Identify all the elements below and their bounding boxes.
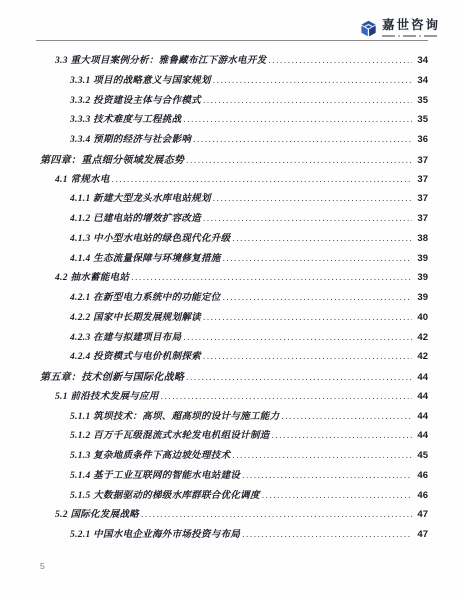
toc-entry-label: 5.2.1 中国水电企业海外市场投资与布局 (70, 526, 240, 540)
toc-entry-page-number: 37 (414, 193, 428, 204)
toc-entry-label: 5.1.3 复杂地质条件下高边坡处理技术 (70, 447, 230, 461)
dot-leader (232, 233, 412, 244)
toc-entry[interactable]: 4.1 常规水电 37 (40, 171, 428, 191)
toc-entry[interactable]: 3.3 重大项目案例分析：雅鲁藏布江下游水电开发 34 (40, 52, 428, 72)
toc-entry-label: 4.2.1 在新型电力系统中的功能定位 (70, 289, 221, 303)
toc-entry-page-number: 46 (414, 470, 428, 481)
toc-entry-label: 第五章：技术创新与国际化战略 (40, 368, 184, 383)
toc-entry[interactable]: 4.2 抽水蓄能电站 39 (40, 269, 428, 289)
toc-entry-page-number: 44 (414, 372, 428, 383)
toc-entry[interactable]: 4.2.4 投资模式与电价机制探索 42 (40, 348, 428, 368)
dot-leader (203, 351, 412, 362)
toc-entry-label: 3.3.3 技术难度与工程挑战 (70, 111, 181, 125)
toc-entry-page-number: 47 (414, 509, 428, 520)
dot-leader (281, 411, 412, 422)
toc-entry[interactable]: 5.1 前沿技术发展与应用 44 (40, 388, 428, 408)
toc-entry-page-number: 40 (414, 312, 428, 323)
toc-entry[interactable]: 第四章：重点细分领域发展态势 37 (40, 151, 428, 171)
toc-entry[interactable]: 5.2 国际化发展战略 47 (40, 506, 428, 526)
toc-entry-page-number: 34 (414, 75, 428, 86)
dot-leader (193, 134, 412, 145)
toc-entry[interactable]: 4.1.3 中小型水电站的绿色现代化升级 38 (40, 230, 428, 250)
toc-entry-page-number: 37 (414, 213, 428, 224)
toc-entry[interactable]: 第五章：技术创新与国际化战略 44 (40, 368, 428, 388)
toc-entry[interactable]: 4.2.2 国家中长期发展规划解读 40 (40, 309, 428, 329)
dot-leader (223, 292, 412, 303)
toc-entry[interactable]: 4.2.1 在新型电力系统中的功能定位 39 (40, 289, 428, 309)
toc-entry-label: 4.2 抽水蓄能电站 (55, 269, 129, 283)
dot-leader (203, 213, 412, 224)
dot-leader (141, 509, 412, 520)
dot-leader (213, 193, 412, 204)
toc-entry-page-number: 35 (414, 114, 428, 125)
toc-entry-page-number: 45 (414, 450, 428, 461)
toc-entry-page-number: 44 (414, 411, 428, 422)
toc-entry-label: 4.1.3 中小型水电站的绿色现代化升级 (70, 230, 230, 244)
toc-entry-page-number: 42 (414, 351, 428, 362)
toc-entry[interactable]: 3.3.3 技术难度与工程挑战 35 (40, 111, 428, 131)
toc-entry-label: 5.1.2 百万千瓦级混流式水轮发电机组设计制造 (70, 427, 270, 441)
dot-leader (183, 114, 412, 125)
toc-entry[interactable]: 4.2.3 在建与拟建项目布局 42 (40, 329, 428, 349)
dot-leader (213, 75, 412, 86)
dot-leader (262, 490, 412, 501)
toc-entry[interactable]: 4.1.1 新建大型龙头水库电站规划 37 (40, 190, 428, 210)
toc-entry[interactable]: 4.1.2 已建电站的增效扩容改造 37 (40, 210, 428, 230)
toc-entry-page-number: 39 (414, 292, 428, 303)
toc-entry-label: 第四章：重点细分领域发展态势 (40, 151, 184, 166)
toc-entry-label: 4.2.3 在建与拟建项目布局 (70, 329, 181, 343)
toc-entry-label: 4.2.2 国家中长期发展规划解读 (70, 309, 201, 323)
toc-entry-label: 5.1.1 筑坝技术：高坝、超高坝的设计与施工能力 (70, 408, 279, 422)
toc-entry-label: 5.1.4 基于工业互联网的智能水电站建设 (70, 467, 240, 481)
page-number: 5 (40, 561, 45, 571)
dot-leader (161, 391, 412, 402)
dot-leader (203, 312, 412, 323)
toc-entry-label: 5.1 前沿技术发展与应用 (55, 388, 159, 402)
toc-entry[interactable]: 4.1.4 生态流量保障与环境修复措施 39 (40, 250, 428, 270)
toc-entry-label: 4.2.4 投资模式与电价机制探索 (70, 348, 201, 362)
dot-leader (242, 470, 412, 481)
toc-entry-label: 5.1.5 大数据驱动的梯级水库群联合优化调度 (70, 487, 260, 501)
toc-entry[interactable]: 3.3.2 投资建设主体与合作模式 35 (40, 92, 428, 112)
toc-entry-page-number: 39 (414, 253, 428, 264)
toc-entry-page-number: 39 (414, 272, 428, 283)
dot-leader (203, 95, 412, 106)
dot-leader (186, 372, 412, 383)
dot-leader (186, 155, 412, 166)
dot-leader (112, 174, 412, 185)
toc-entry-label: 5.2 国际化发展战略 (55, 506, 139, 520)
toc-entry[interactable]: 5.1.5 大数据驱动的梯级水库群联合优化调度 46 (40, 487, 428, 507)
toc-entry[interactable]: 5.1.4 基于工业互联网的智能水电站建设 46 (40, 467, 428, 487)
toc-entry-page-number: 37 (414, 155, 428, 166)
toc-entry-label: 3.3.1 项目的战略意义与国家规划 (70, 72, 211, 86)
toc-entry-label: 4.1.2 已建电站的增效扩容改造 (70, 210, 201, 224)
toc-entry[interactable]: 5.2.1 中国水电企业海外市场投资与布局 47 (40, 526, 428, 546)
toc-entry-page-number: 35 (414, 95, 428, 106)
dot-leader (272, 430, 412, 441)
dot-leader (183, 332, 412, 343)
logo-tagline-marks (382, 35, 437, 37)
toc-entry-page-number: 46 (414, 490, 428, 501)
dot-leader (223, 253, 412, 264)
company-logo: 嘉世咨询 (360, 19, 440, 37)
toc-entry[interactable]: 5.1.2 百万千瓦级混流式水轮发电机组设计制造 44 (40, 427, 428, 447)
toc-entry-page-number: 37 (414, 174, 428, 185)
toc-entry-label: 4.1 常规水电 (55, 171, 110, 185)
toc-entry-label: 4.1.4 生态流量保障与环境修复措施 (70, 250, 221, 264)
toc-list: 3.3 重大项目案例分析：雅鲁藏布江下游水电开发 34 3.3.1 项目的战略意… (40, 52, 428, 546)
dot-leader (232, 450, 412, 461)
toc-entry-label: 3.3 重大项目案例分析：雅鲁藏布江下游水电开发 (55, 52, 266, 66)
toc-entry-page-number: 47 (414, 529, 428, 540)
dot-leader (242, 529, 412, 540)
toc-entry-page-number: 34 (414, 55, 428, 66)
dot-leader (268, 55, 412, 66)
toc-entry-label: 4.1.1 新建大型龙头水库电站规划 (70, 190, 211, 204)
toc-entry-page-number: 42 (414, 332, 428, 343)
toc-entry-page-number: 36 (414, 134, 428, 145)
document-page: 嘉世咨询 3.3 重大项目案例分析：雅鲁藏布江下游水电开发 34 3.3.1 项… (0, 0, 463, 600)
toc-entry-page-number: 44 (414, 391, 428, 402)
toc-entry-page-number: 38 (414, 233, 428, 244)
logo-cube-icon (360, 20, 377, 37)
dot-leader (131, 272, 412, 283)
toc-entry[interactable]: 5.1.1 筑坝技术：高坝、超高坝的设计与施工能力 44 (40, 408, 428, 428)
toc-entry[interactable]: 5.1.3 复杂地质条件下高边坡处理技术 45 (40, 447, 428, 467)
toc-entry-label: 3.3.4 预期的经济与社会影响 (70, 131, 191, 145)
logo-company-name: 嘉世咨询 (382, 19, 440, 32)
toc-entry-label: 3.3.2 投资建设主体与合作模式 (70, 92, 201, 106)
toc-entry[interactable]: 3.3.1 项目的战略意义与国家规划 34 (40, 72, 428, 92)
toc-entry[interactable]: 3.3.4 预期的经济与社会影响 36 (40, 131, 428, 151)
toc-entry-page-number: 44 (414, 430, 428, 441)
header-divider (36, 40, 428, 41)
